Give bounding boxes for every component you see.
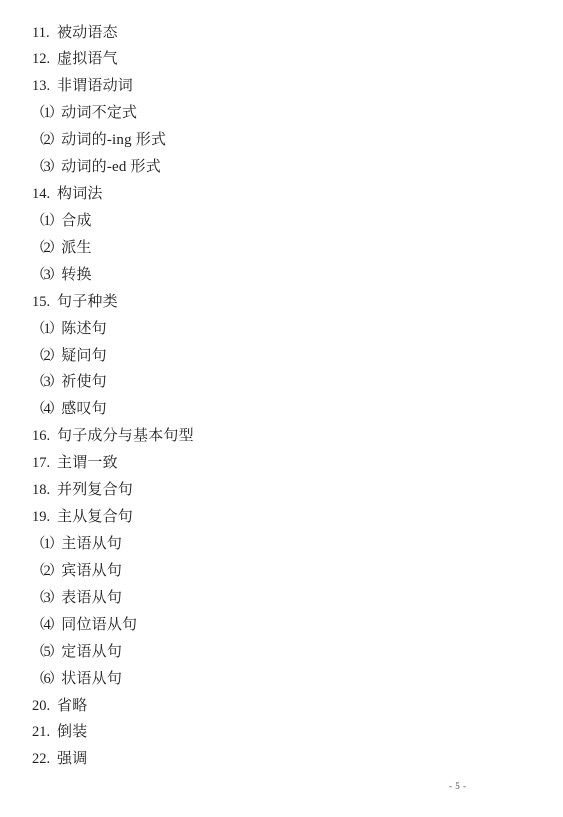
item-text: 构词法	[57, 186, 103, 202]
list-item: 11.被动语态	[0, 20, 563, 47]
item-marker: 12.	[32, 46, 57, 73]
item-marker: （2）	[31, 348, 61, 364]
list-item: （6）状语从句	[0, 666, 563, 693]
item-text: 宾语从句	[61, 563, 122, 579]
item-text: 转换	[61, 267, 91, 283]
item-marker: （1）	[31, 321, 61, 337]
list-item: （1）合成	[0, 208, 563, 235]
list-item: 13.非谓语动词	[0, 73, 563, 100]
item-text: 定语从句	[61, 644, 122, 660]
item-marker: 19.	[32, 504, 57, 531]
item-text: 强调	[57, 751, 87, 767]
item-text: 合成	[61, 213, 91, 229]
outline-list: 11.被动语态 12.虚拟语气 13.非谓语动词 （1）动词不定式 （2）动词的…	[0, 0, 563, 773]
item-marker: 11.	[32, 20, 57, 47]
list-item: （2）派生	[0, 235, 563, 262]
list-item: （1）动词不定式	[0, 100, 563, 127]
item-text: 主谓一致	[57, 455, 118, 471]
list-item: （3）表语从句	[0, 585, 563, 612]
item-text: 并列复合句	[57, 482, 133, 498]
list-item: 21.倒装	[0, 719, 563, 746]
item-marker: （4）	[31, 617, 61, 633]
item-text: 主从复合句	[57, 509, 133, 525]
list-item: 18.并列复合句	[0, 477, 563, 504]
item-text: 动词不定式	[61, 105, 137, 121]
list-item: （1）陈述句	[0, 316, 563, 343]
list-item: （1）主语从句	[0, 531, 563, 558]
item-marker: 16.	[32, 423, 57, 450]
item-marker: （1）	[31, 536, 61, 552]
list-item: （2）动词的-ing 形式	[0, 127, 563, 154]
item-marker: 21.	[32, 719, 57, 746]
item-marker: 14.	[32, 181, 57, 208]
item-text: 非谓语动词	[57, 78, 133, 94]
item-text: 动词的-ing 形式	[61, 132, 166, 148]
item-marker: （1）	[31, 213, 61, 229]
item-marker: （1）	[31, 105, 61, 121]
list-item: 12.虚拟语气	[0, 46, 563, 73]
list-item: （5）定语从句	[0, 639, 563, 666]
list-item: （3）祈使句	[0, 369, 563, 396]
item-text: 动词的-ed 形式	[61, 159, 161, 175]
list-item: 17.主谓一致	[0, 450, 563, 477]
item-text: 句子种类	[57, 294, 118, 310]
item-marker: 13.	[32, 73, 57, 100]
document-page: 11.被动语态 12.虚拟语气 13.非谓语动词 （1）动词不定式 （2）动词的…	[0, 0, 563, 817]
item-text: 祈使句	[61, 374, 107, 390]
item-text: 状语从句	[61, 671, 122, 687]
item-text: 同位语从句	[61, 617, 137, 633]
list-item: 19.主从复合句	[0, 504, 563, 531]
item-text: 句子成分与基本句型	[57, 428, 194, 444]
item-marker: （3）	[31, 159, 61, 175]
item-marker: （2）	[31, 563, 61, 579]
list-item: （2）宾语从句	[0, 558, 563, 585]
list-item: 16.句子成分与基本句型	[0, 423, 563, 450]
list-item: 22.强调	[0, 746, 563, 773]
list-item: 15.句子种类	[0, 289, 563, 316]
list-item: （3）转换	[0, 262, 563, 289]
item-text: 省略	[57, 698, 87, 714]
item-text: 主语从句	[61, 536, 122, 552]
item-marker: 17.	[32, 450, 57, 477]
item-marker: （3）	[31, 374, 61, 390]
item-text: 派生	[61, 240, 91, 256]
item-marker: （2）	[31, 240, 61, 256]
item-marker: 15.	[32, 289, 57, 316]
list-item: 14.构词法	[0, 181, 563, 208]
item-marker: 22.	[32, 746, 57, 773]
item-marker: （5）	[31, 644, 61, 660]
item-text: 虚拟语气	[57, 51, 118, 67]
item-marker: （3）	[31, 590, 61, 606]
item-marker: （4）	[31, 401, 61, 417]
item-text: 被动语态	[57, 25, 118, 41]
item-text: 表语从句	[61, 590, 122, 606]
item-text: 感叹句	[61, 401, 107, 417]
list-item: （4）同位语从句	[0, 612, 563, 639]
item-marker: （2）	[31, 132, 61, 148]
item-text: 倒装	[57, 724, 87, 740]
item-text: 陈述句	[61, 321, 107, 337]
item-text: 疑问句	[61, 348, 107, 364]
page-number: - 5 -	[449, 781, 467, 791]
item-marker: 18.	[32, 477, 57, 504]
list-item: （4）感叹句	[0, 396, 563, 423]
list-item: （2）疑问句	[0, 343, 563, 370]
item-marker: （3）	[31, 267, 61, 283]
list-item: 20.省略	[0, 693, 563, 720]
list-item: （3）动词的-ed 形式	[0, 154, 563, 181]
item-marker: （6）	[31, 671, 61, 687]
item-marker: 20.	[32, 693, 57, 720]
